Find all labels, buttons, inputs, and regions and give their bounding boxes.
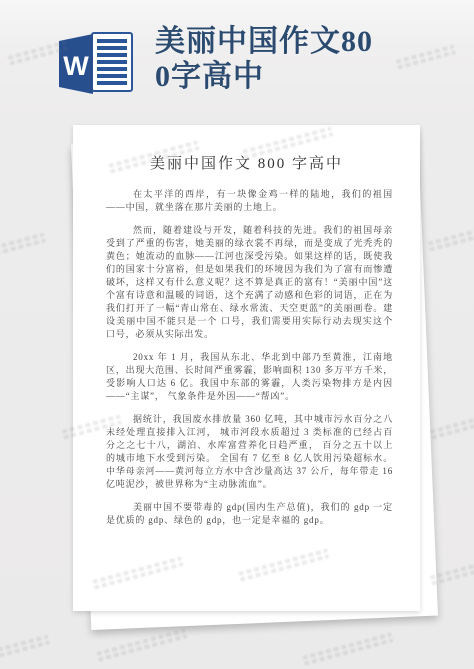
document-page: 美丽中国作文 800 字高中 在太平洋的西岸，有一块像金鸡一样的陆地，我们的祖国… <box>73 125 420 611</box>
document-paragraph: 据统计，我国废水排放量 360 亿吨，其中城市污水百分之八未经处理直接排入江河，… <box>106 413 393 491</box>
document-title: 美丽中国作文 800 字高中 <box>73 152 420 173</box>
watermark <box>0 230 47 260</box>
header: W 美丽中国作文80 0字高中 <box>0 0 474 110</box>
document-paragraph: 在太平洋的西岸，有一块像金鸡一样的陆地，我们的祖国——中国，就坐落在那片美丽的土… <box>106 188 393 214</box>
watermark <box>96 626 189 664</box>
document-paragraph: 美丽中国不要带毒的 gdp(国内生产总值)，我们的 gdp 一定是优质的 gdp… <box>106 501 393 527</box>
page-title: 美丽中国作文80 0字高中 <box>155 24 455 94</box>
watermark <box>302 630 395 668</box>
page-background: W 美丽中国作文80 0字高中 美丽中国作文 800 字高中 在太平洋的西岸，有… <box>0 0 474 669</box>
watermark <box>0 632 51 662</box>
document-paragraph: 20xx 年 1 月，我国从东北、华北到中部乃至黄淮，江南地区，出现大范围、长时… <box>106 351 393 403</box>
word-icon-letter: W <box>63 51 89 81</box>
watermark <box>427 224 474 254</box>
word-icon-w-panel: W <box>59 34 93 94</box>
document-body: 在太平洋的西岸，有一块像金鸡一样的陆地，我们的祖国——中国，就坐落在那片美丽的土… <box>73 173 420 527</box>
watermark <box>429 412 474 442</box>
page-title-line2: 0字高中 <box>155 59 455 94</box>
word-icon: W <box>56 31 138 97</box>
page-title-line1: 美丽中国作文80 <box>155 24 455 59</box>
word-icon-doc-sheet <box>92 33 132 91</box>
document-paragraph: 然而，随着建设与开发，随着科技的先进。我们的祖国母亲受到了严重的伤害，她美丽的绿… <box>106 224 393 341</box>
